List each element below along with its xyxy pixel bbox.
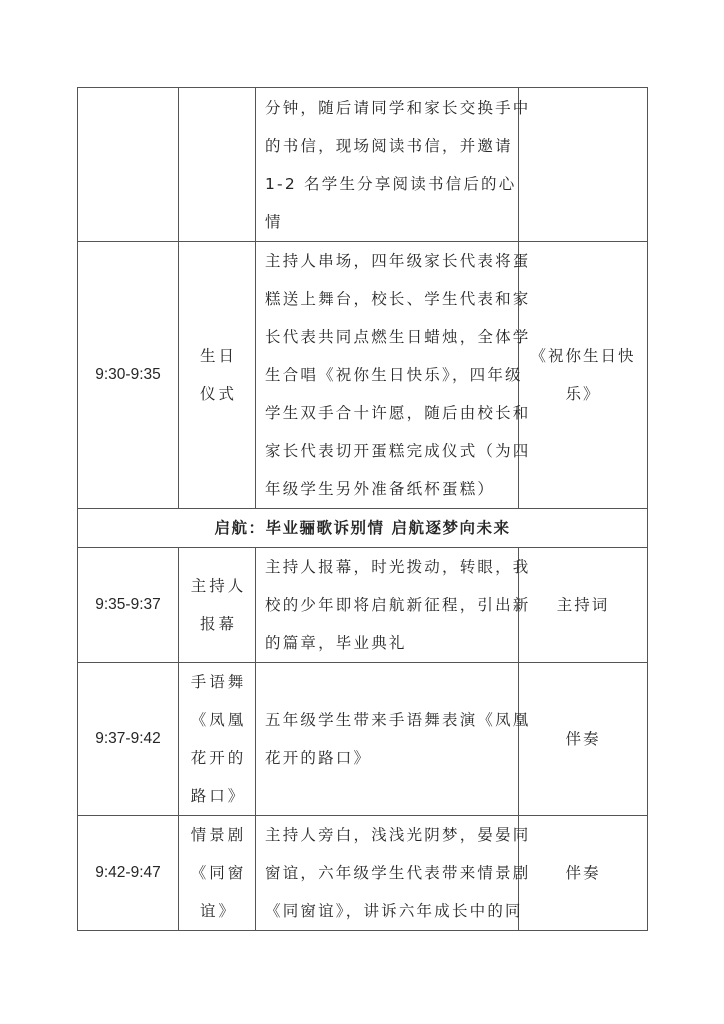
item-cell: 手语舞 《凤凰 花开的 路口》: [179, 663, 256, 816]
item-cell: 生日 仪式: [179, 242, 256, 509]
description-line: 家长代表切开蛋糕完成仪式（为四: [265, 432, 512, 470]
time-cell: 9:30-9:35: [78, 242, 179, 509]
description-line: 主持人串场，四年级家长代表将蛋: [265, 242, 512, 280]
description-line: 糕送上舞台，校长、学生代表和家: [265, 280, 512, 318]
music-cell: 伴奏: [519, 663, 648, 816]
description-line: 主持人旁白，浅浅光阴梦，晏晏同: [265, 816, 512, 854]
description-cell: 主持人串场，四年级家长代表将蛋 糕送上舞台，校长、学生代表和家 长代表共同点燃生…: [256, 242, 519, 509]
item-line: 谊》: [182, 892, 255, 930]
music-line: 伴奏: [519, 854, 647, 892]
description-cell: 主持人报幕，时光拨动，转眼，我 校的少年即将启航新征程，引出新 的篇章，毕业典礼: [256, 548, 519, 663]
description-line: 《同窗谊》，讲诉六年成长中的同: [265, 892, 512, 930]
time-cell: 9:42-9:47: [78, 816, 179, 931]
item-line: 花开的: [182, 739, 255, 777]
music-cell: 伴奏: [519, 816, 648, 931]
item-line: 路口》: [182, 777, 255, 815]
description-line: 年级学生另外准备纸杯蛋糕）: [265, 470, 512, 508]
item-line: 报幕: [182, 605, 255, 643]
description-line: 的书信，现场阅读书信，并邀请: [265, 127, 512, 165]
description-cell: 分钟，随后请同学和家长交换手中 的书信，现场阅读书信，并邀请 1-2 名学生分享…: [256, 88, 519, 242]
table-row: 9:42-9:47 情景剧 《同窗 谊》 主持人旁白，浅浅光阴梦，晏晏同 窗谊，…: [78, 816, 648, 931]
program-schedule-table: 分钟，随后请同学和家长交换手中 的书信，现场阅读书信，并邀请 1-2 名学生分享…: [77, 87, 648, 931]
music-line: 《祝你生日快: [519, 337, 647, 375]
music-cell: 《祝你生日快 乐》: [519, 242, 648, 509]
table-row: 9:30-9:35 生日 仪式 主持人串场，四年级家长代表将蛋 糕送上舞台，校长…: [78, 242, 648, 509]
item-line: 《凤凰: [182, 701, 255, 739]
table-row: 9:37-9:42 手语舞 《凤凰 花开的 路口》 五年级学生带来手语舞表演《凤…: [78, 663, 648, 816]
item-line: 情景剧: [182, 816, 255, 854]
music-line: 主持词: [519, 586, 647, 624]
description-cell: 主持人旁白，浅浅光阴梦，晏晏同 窗谊，六年级学生代表带来情景剧 《同窗谊》，讲诉…: [256, 816, 519, 931]
music-cell: [519, 88, 648, 242]
description-line: 主持人报幕，时光拨动，转眼，我: [265, 548, 512, 586]
time-cell: [78, 88, 179, 242]
music-line: 伴奏: [519, 720, 647, 758]
description-line: 学生双手合十许愿，随后由校长和: [265, 394, 512, 432]
item-line: 主持人: [182, 567, 255, 605]
description-cell: 五年级学生带来手语舞表演《凤凰 花开的路口》: [256, 663, 519, 816]
description-line: 校的少年即将启航新征程，引出新: [265, 586, 512, 624]
section-title: 启航：毕业骊歌诉别情 启航逐梦向未来: [78, 509, 648, 548]
description-line: 生合唱《祝你生日快乐》，四年级: [265, 356, 512, 394]
item-cell: 主持人 报幕: [179, 548, 256, 663]
document-page: 分钟，随后请同学和家长交换手中 的书信，现场阅读书信，并邀请 1-2 名学生分享…: [0, 0, 724, 1024]
music-line: 乐》: [519, 375, 647, 413]
description-line: 情: [265, 203, 512, 241]
item-cell: 情景剧 《同窗 谊》: [179, 816, 256, 931]
item-line: 仪式: [182, 375, 255, 413]
description-line: 分钟，随后请同学和家长交换手中: [265, 89, 512, 127]
section-header-row: 启航：毕业骊歌诉别情 启航逐梦向未来: [78, 509, 648, 548]
description-line: 的篇章，毕业典礼: [265, 624, 512, 662]
item-line: 手语舞: [182, 663, 255, 701]
time-cell: 9:37-9:42: [78, 663, 179, 816]
item-line: 生日: [182, 337, 255, 375]
item-line: 《同窗: [182, 854, 255, 892]
item-cell: [179, 88, 256, 242]
description-line: 花开的路口》: [265, 739, 512, 777]
music-cell: 主持词: [519, 548, 648, 663]
description-line: 五年级学生带来手语舞表演《凤凰: [265, 701, 512, 739]
description-line: 窗谊，六年级学生代表带来情景剧: [265, 854, 512, 892]
description-line: 长代表共同点燃生日蜡烛，全体学: [265, 318, 512, 356]
table-row: 9:35-9:37 主持人 报幕 主持人报幕，时光拨动，转眼，我 校的少年即将启…: [78, 548, 648, 663]
table-row: 分钟，随后请同学和家长交换手中 的书信，现场阅读书信，并邀请 1-2 名学生分享…: [78, 88, 648, 242]
time-cell: 9:35-9:37: [78, 548, 179, 663]
description-line: 1-2 名学生分享阅读书信后的心: [265, 165, 512, 203]
